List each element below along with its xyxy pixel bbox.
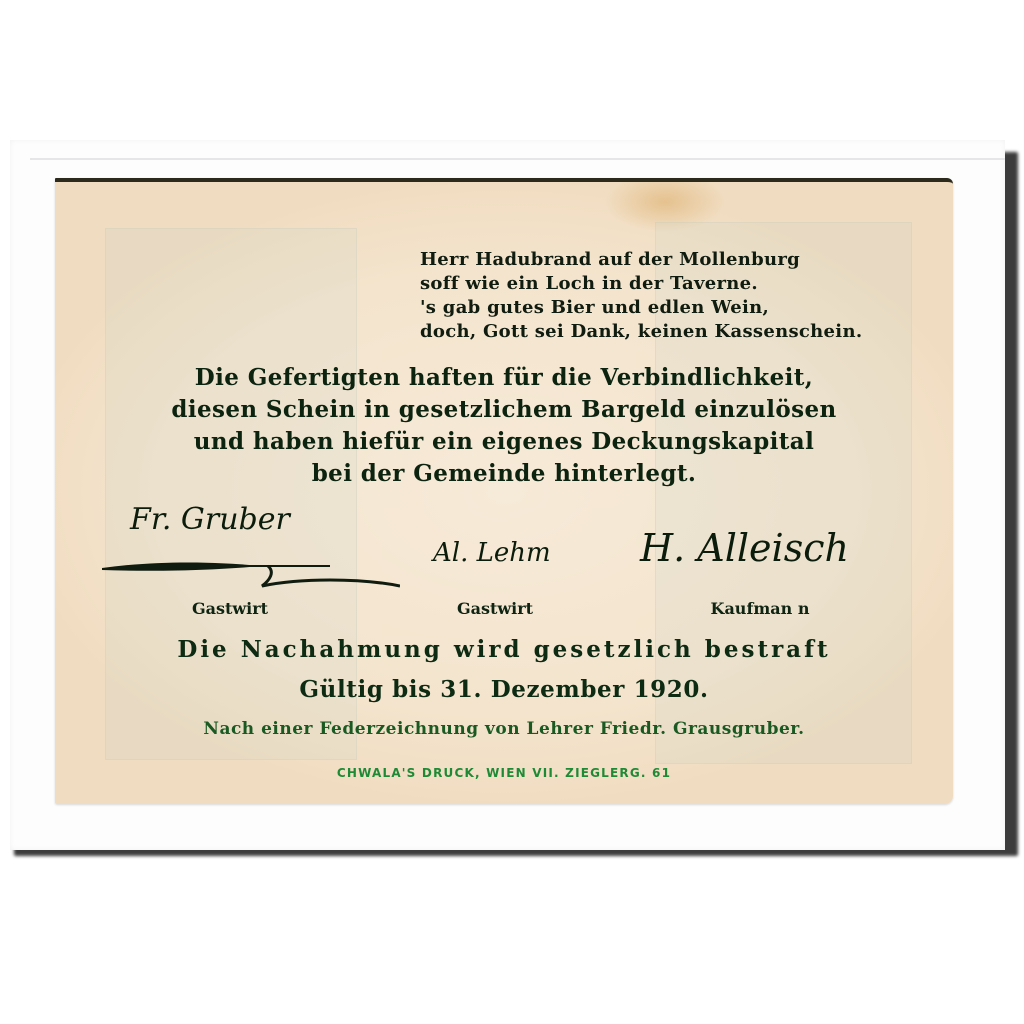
mount-edge-line [30,158,1005,160]
liability-line: und haben hiefür ein eigenes Deckungskap… [55,426,953,458]
validity-date: Gültig bis 31. Dezember 1920. [55,676,953,703]
poem-line: doch, Gott sei Dank, keinen Kassenschein… [420,320,862,344]
banknote: Herr Hadubrand auf der Mollenburg soff w… [55,178,953,804]
liability-line: Die Gefertigten haften für die Verbindli… [55,362,953,394]
signatory-role: Gastwirt [160,599,300,618]
printer-imprint: CHWALA'S DRUCK, WIEN VII. ZIEGLERG. 61 [55,766,953,780]
liability-line: bei der Gemeinde hinterlegt. [55,458,953,490]
poem: Herr Hadubrand auf der Mollenburg soff w… [420,248,862,344]
poem-line: 's gab gutes Bier und edlen Wein, [420,296,862,320]
signatory-role: Gastwirt [425,599,565,618]
liability-line: diesen Schein in gesetzlichem Bargeld ei… [55,394,953,426]
signature-3: H. Alleisch [640,526,849,570]
signature-flourish [100,560,400,600]
signature-1: Fr. Gruber [130,502,290,537]
poem-line: soff wie ein Loch in der Taverne. [420,272,862,296]
signatory-role: Kaufman n [690,599,830,618]
poem-line: Herr Hadubrand auf der Mollenburg [420,248,862,272]
liability-statement: Die Gefertigten haften für die Verbindli… [55,362,953,490]
counterfeit-warning: Die Nachahmung wird gesetzlich bestraft [55,636,953,663]
artist-credit: Nach einer Federzeichnung von Lehrer Fri… [55,719,953,739]
signature-2: Al. Lehm [433,538,551,568]
